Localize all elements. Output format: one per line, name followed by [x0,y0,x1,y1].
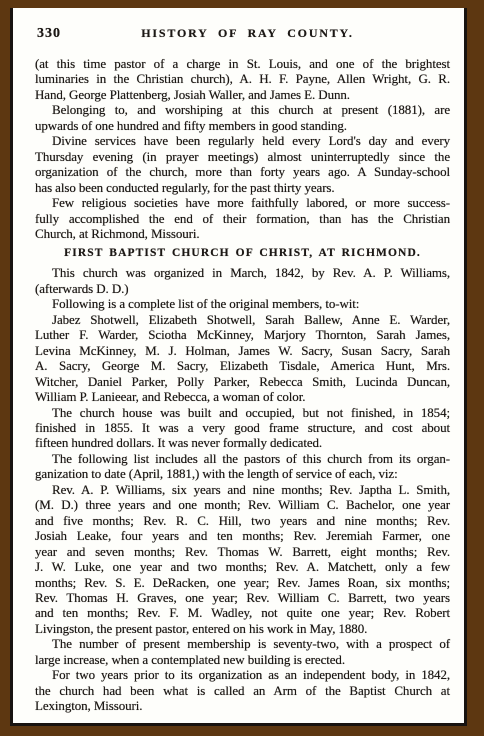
text-line: Lexington, Missouri. [35,698,450,713]
text-line: months; Rev. S. E. DeRacken, one year; R… [35,575,450,590]
text-line: finished in 1855. It was a very good fra… [35,420,450,435]
text-line: Jabez Shotwell, Elizabeth Shotwell, Sara… [35,312,450,327]
text-line: Luther F. Warder, Sciotha McKinney, Marj… [35,327,450,342]
paragraph: (at this time pastor of a charge in St. … [35,56,450,102]
text-line: and ten months; Rev. F. M. Wadley, not q… [35,605,450,620]
text-line: Thursday evening (in prayer meetings) al… [35,149,450,164]
text-line: Belonging to, and worshiping at this chu… [35,102,450,117]
paragraph: Divine services have been regularly held… [35,133,450,195]
text-line: The number of present membership is seve… [35,636,450,651]
text-line: Levina McKinney, M. J. Holman, James W. … [35,343,450,358]
text-line: large increase, when a contemplated new … [35,652,450,667]
paragraph: Rev. A. P. Williams, six years and nine … [35,482,450,637]
text-line: luminaries in the Christian church), A. … [35,71,450,86]
text-line: Rev. A. P. Williams, six years and nine … [35,482,450,497]
paragraph: The following list includes all the past… [35,451,450,482]
text-line: William P. Lanieear, and Rebecca, a woma… [35,389,450,404]
text-line: the church had been what is called an Ar… [35,683,450,698]
paragraph: The church house was built and occupied,… [35,405,450,451]
text-line: A. Sacry, George M. Sacry, Elizabeth Tis… [35,358,450,373]
text-line: Witcher, Daniel Parker, Polly Parker, Re… [35,374,450,389]
text-line: Josiah Leake, four years and ten months;… [35,528,450,543]
text-line: fifteen hundred dollars. It was never fo… [35,435,450,450]
text-line: (at this time pastor of a charge in St. … [35,56,450,71]
text-line: and five months; Rev. R. C. Hill, two ye… [35,513,450,528]
running-title: HISTORY OF RAY COUNTY. [35,26,450,41]
text-line: Following is a complete list of the orig… [35,296,450,311]
text-line: The following list includes all the past… [35,451,450,466]
paragraph: Jabez Shotwell, Elizabeth Shotwell, Sara… [35,312,450,405]
scan-background: { "page": { "number": "330", "running_ti… [0,0,484,736]
text-line: has also been conducted regularly, for t… [35,180,450,195]
page-body: (at this time pastor of a charge in St. … [35,56,450,714]
book-page: 330 HISTORY OF RAY COUNTY. (at this time… [10,8,467,726]
text-line: organization of the church, more than fo… [35,164,450,179]
text-line: fully accomplished the end of their form… [35,211,450,226]
page-header: 330 HISTORY OF RAY COUNTY. [35,26,450,44]
text-line: Hand, George Plattenberg, Josiah Waller,… [35,87,450,102]
text-line: The church house was built and occupied,… [35,405,450,420]
paragraph: The number of present membership is seve… [35,636,450,667]
text-line: This church was organized in March, 1842… [35,265,450,280]
paragraph: This church was organized in March, 1842… [35,265,450,296]
text-line: Rev. Thomas H. Graves, one year; Rev. Wi… [35,590,450,605]
paragraph: Few religious societies have more faithf… [35,195,450,241]
section-heading: FIRST BAPTIST CHURCH OF CHRIST, AT RICHM… [35,246,450,261]
text-line: Few religious societies have more faithf… [35,195,450,210]
text-line: year and seven months; Rev. Thomas W. Ba… [35,544,450,559]
text-line: For two years prior to its organization … [35,667,450,682]
text-line: Divine services have been regularly held… [35,133,450,148]
text-line: (M. D.) three years and one month; Rev. … [35,497,450,512]
page-number: 330 [37,26,61,42]
text-line: (afterwards D. D.) [35,281,450,296]
paragraph: Belonging to, and worshiping at this chu… [35,102,450,133]
paragraph: Following is a complete list of the orig… [35,296,450,311]
text-line: upwards of one hundred and fifty members… [35,118,450,133]
text-line: J. W. Luke, one year and two months; Rev… [35,559,450,574]
paragraph: For two years prior to its organization … [35,667,450,713]
text-line: Livingston, the present pastor, entered … [35,621,450,636]
text-line: ganization to date (April, 1881,) with t… [35,466,450,481]
text-line: Church, at Richmond, Missouri. [35,226,450,241]
